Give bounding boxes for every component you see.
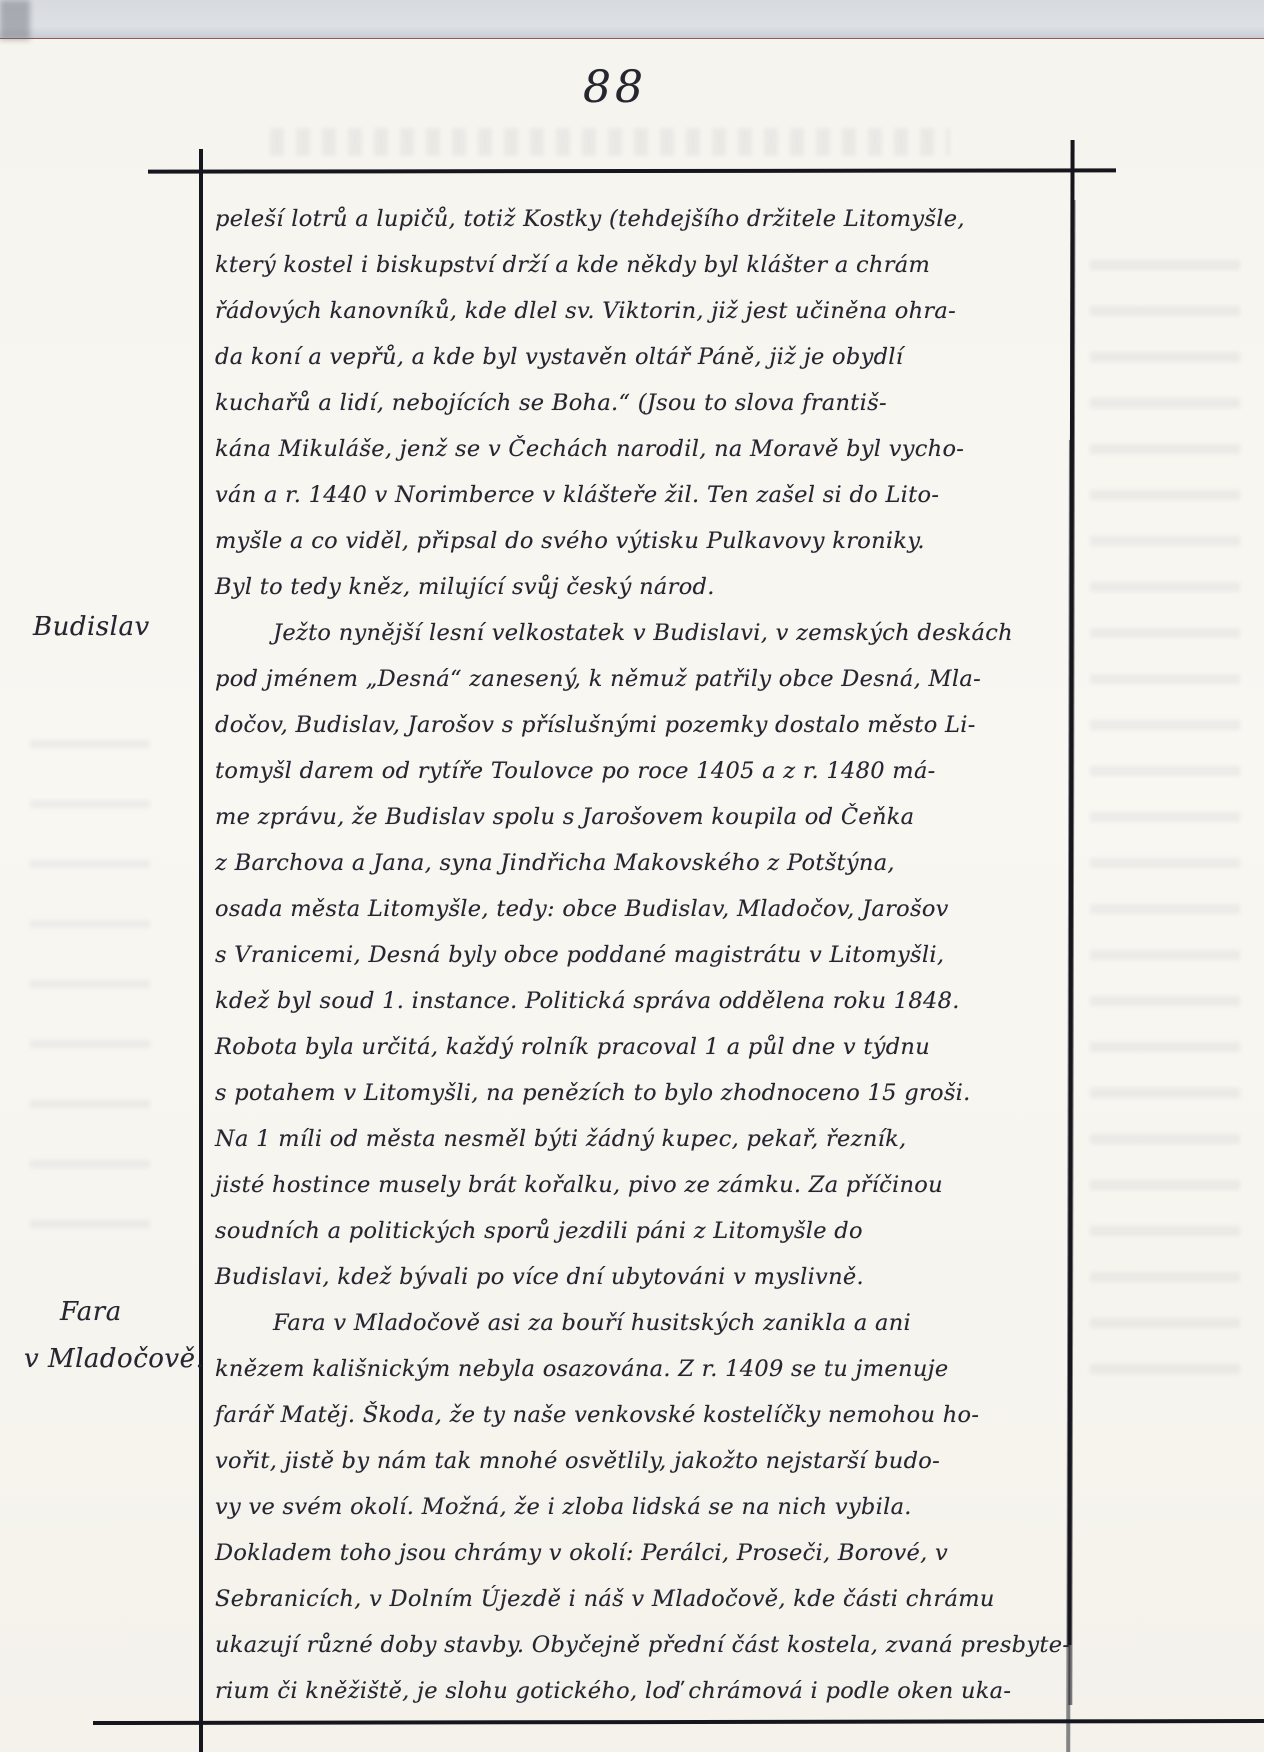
text-line: s potahem v Litomyšli, na penězích to by…: [215, 1070, 1071, 1116]
text-line: ván a r. 1440 v Norimberce v klášteře ži…: [215, 472, 1071, 518]
text-line: který kostel i biskupství drží a kde něk…: [215, 242, 1071, 288]
text-line: Robota byla určitá, každý rolník pracova…: [215, 1024, 1071, 1070]
left-margin-ruled-line: [199, 149, 203, 1752]
text-line: Budislavi, kdež bývali po více dní ubyto…: [215, 1254, 1071, 1300]
text-line: me zprávu, že Budislav spolu s Jarošovem…: [215, 794, 1071, 840]
margin-note-v-mladocove: v Mladočově.: [24, 1344, 204, 1374]
text-line: z Barchova a Jana, syna Jindřicha Makovs…: [215, 840, 1071, 886]
top-ruled-line: [148, 168, 1116, 173]
text-line: tomyšl darem od rytíře Toulovce po roce …: [215, 748, 1071, 794]
text-line: Na 1 míli od města nesměl býti žádný kup…: [215, 1116, 1071, 1162]
bottom-ruled-line: [93, 1719, 1264, 1725]
bleed-through-artifact: [270, 128, 950, 156]
text-line: knězem kališnickým nebyla osazována. Z r…: [215, 1346, 1071, 1392]
text-line: rium či kněžiště, je slohu gotického, lo…: [215, 1668, 1071, 1714]
text-line: dočov, Budislav, Jarošov s příslušnými p…: [215, 702, 1071, 748]
text-line: s Vranicemi, Desná byly obce poddané mag…: [215, 932, 1071, 978]
bleed-through-artifact: [1090, 260, 1240, 1380]
page-number: 88: [555, 62, 675, 113]
text-line: myšle a co viděl, připsal do svého výtis…: [215, 518, 1071, 564]
text-line: soudních a politických sporů jezdili pán…: [215, 1208, 1071, 1254]
text-line: Ježto nynější lesní velkostatek v Budisl…: [215, 610, 1071, 656]
text-line: peleší lotrů a lupičů, totiž Kostky (teh…: [215, 196, 1071, 242]
manuscript-page: 88 Budislav Fara v Mladočově. peleší lot…: [0, 0, 1264, 1752]
scan-artifact: [0, 0, 30, 40]
margin-note-budislav: Budislav: [33, 612, 150, 642]
manuscript-lines: peleší lotrů a lupičů, totiž Kostky (teh…: [215, 196, 1071, 1714]
margin-note-fara: Fara: [60, 1297, 122, 1327]
text-line: kuchařů a lidí, nebojících se Boha.“ (Js…: [215, 380, 1071, 426]
text-line: Dokladem toho jsou chrámy v okolí: Perál…: [215, 1530, 1071, 1576]
text-line: farář Matěj. Škoda, že ty naše venkovské…: [215, 1392, 1071, 1438]
text-line: Sebranicích, v Dolním Újezdě i náš v Mla…: [215, 1576, 1071, 1622]
text-line: jisté hostince musely brát kořalku, pivo…: [215, 1162, 1071, 1208]
text-line: vy ve svém okolí. Možná, že i zloba lids…: [215, 1484, 1071, 1530]
text-line: Byl to tedy kněz, milující svůj český ná…: [215, 564, 1071, 610]
text-line: ukazují různé doby stavby. Obyčejně před…: [215, 1622, 1071, 1668]
text-line: Fara v Mladočově asi za bouří husitských…: [215, 1300, 1071, 1346]
text-line: kána Mikuláše, jenž se v Čechách narodil…: [215, 426, 1071, 472]
text-line: kdež byl soud 1. instance. Politická spr…: [215, 978, 1071, 1024]
text-line: vořit, jistě by nám tak mnohé osvětlily,…: [215, 1438, 1071, 1484]
text-line: řádových kanovníků, kde dlel sv. Viktori…: [215, 288, 1071, 334]
text-line: osada města Litomyšle, tedy: obce Budisl…: [215, 886, 1071, 932]
scan-edge-band: [0, 0, 1264, 39]
text-line: pod jménem „Desná“ zanesený, k němuž pat…: [215, 656, 1071, 702]
bleed-through-artifact: [30, 740, 150, 1260]
text-line: da koní a vepřů, a kde byl vystavěn oltá…: [215, 334, 1071, 380]
